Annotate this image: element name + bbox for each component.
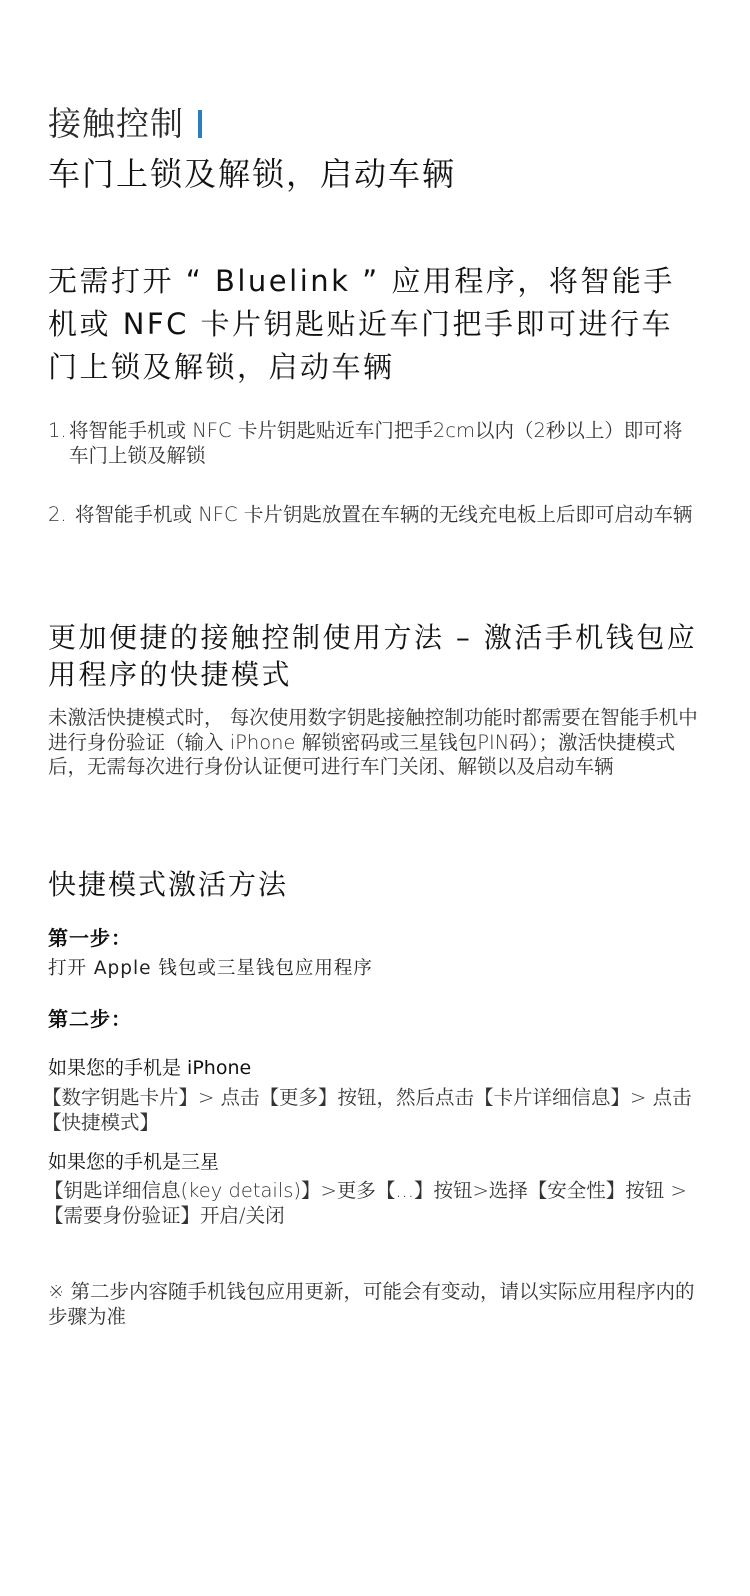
accent-bar xyxy=(198,110,202,138)
iphone-label: 如果您的手机是 iPhone xyxy=(48,1056,698,1080)
instruction-number: 2. xyxy=(48,502,67,527)
page-title: 车门上锁及解锁，启动车辆 xyxy=(48,153,698,195)
step2-label: 第二步： xyxy=(48,1006,698,1032)
eyebrow-text: 接触控制 xyxy=(48,104,184,143)
footnote: ※ 第二步内容随手机钱包应用更新，可能会有变动，请以实际应用程序内的步骤为准 xyxy=(48,1280,698,1329)
instruction-text: 将智能手机或 NFC 卡片钥匙放置在车辆的无线充电板上后即可启动车辆 xyxy=(75,503,692,526)
instruction-number: 1. xyxy=(48,418,67,443)
activation-title: 快捷模式激活方法 xyxy=(48,867,698,903)
express-section-description: 未激活快捷模式时， 每次使用数字钥匙接触控制功能时都需要在智能手机中进行身份验证… xyxy=(48,706,698,780)
instruction-item: 2. 将智能手机或 NFC 卡片钥匙放置在车辆的无线充电板上后即可启动车辆 xyxy=(48,502,698,527)
instruction-item: 1. 将智能手机或 NFC 卡片钥匙贴近车门把手2cm以内（2秒以上）即可将车门… xyxy=(48,418,698,468)
step1-text: 打开 Apple 钱包或三星钱包应用程序 xyxy=(48,957,698,981)
samsung-instructions: 【钥匙详细信息(key details)】>更多【...】按钮>选择【安全性】按… xyxy=(44,1179,694,1228)
lead-paragraph: 无需打开 “ Bluelink ” 应用程序，将智能手机或 NFC 卡片钥匙贴近… xyxy=(48,260,698,389)
iphone-instructions: 【数字钥匙卡片】> 点击【更多】按钮，然后点击【卡片详细信息】> 点击【快捷模式… xyxy=(42,1086,692,1135)
instruction-list: 1. 将智能手机或 NFC 卡片钥匙贴近车门把手2cm以内（2秒以上）即可将车门… xyxy=(48,418,698,527)
step1-label: 第一步： xyxy=(48,925,698,951)
samsung-label: 如果您的手机是三星 xyxy=(48,1150,698,1174)
instruction-text: 将智能手机或 NFC 卡片钥匙贴近车门把手2cm以内（2秒以上）即可将车门上锁及… xyxy=(69,419,682,467)
express-section-title: 更加便捷的接触控制使用方法 – 激活手机钱包应用程序的快捷模式 xyxy=(48,619,698,693)
section-eyebrow: 接触控制 xyxy=(48,104,698,144)
